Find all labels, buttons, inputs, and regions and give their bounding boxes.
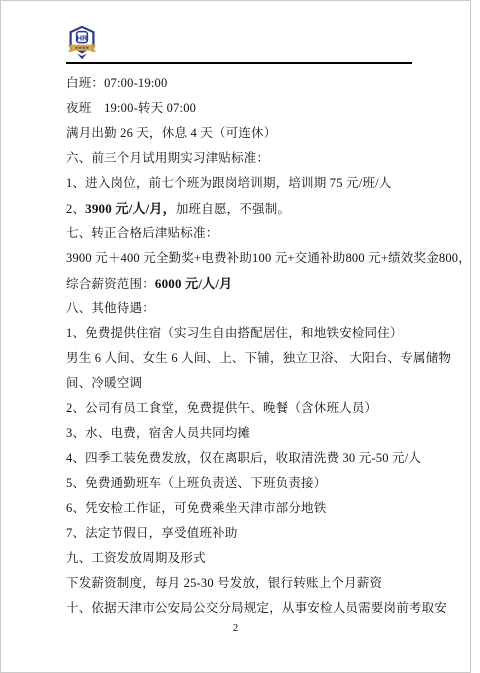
list-item-utilities: 3、水、电费，宿舍人员共同均摊 [66,421,440,446]
total-salary-amount: 6000 元/人/月 [155,276,232,291]
line-salary-range: 综合薪资范围：6000 元/人/月 [66,271,440,296]
heading-section-7: 七、转正合格后津贴标准： [66,221,440,246]
ribbon-band [72,45,92,51]
page-footer: 2 [1,619,470,637]
probation-salary-amount: 3900 元/人/月， [85,201,176,216]
line-dorm-details-2: 间、冷暖空调 [66,371,440,396]
shield-bottom-chevron [77,54,87,60]
list-item-canteen: 2、公司有员工食堂，免费提供午、晚餐（含休班人员） [66,396,440,421]
list-item-shuttle-bus: 5、免费通勤班车（上班负责送、下班负责接） [66,471,440,496]
list-item-probation-salary: 2、3900 元/人/月，加班自愿，不强制。 [66,196,440,221]
heading-section-6: 六、前三个月试用期实习津贴标准： [66,146,440,171]
hr-shield-logo-icon: HR [67,25,97,63]
list-item-free-metro: 6、凭安检工作证，可免费乘坐天津市部分地铁 [66,496,440,521]
line-salary-breakdown: 3900 元＋400 元全勤奖+电费补助100 元+交通补助800 元+绩效奖金… [66,246,440,271]
list-item-uniform: 4、四季工装免费发放，仅在离职后，收取清洗费 30 元-50 元/人 [66,446,440,471]
heading-section-10: 十、依据天津市公安局公交分局规定，从事安检人员需要岗前考取安 [66,596,440,621]
list-item-training-period: 1、进入岗位，前七个班为跟岗培训期，培训期 75 元/班/人 [66,171,440,196]
heading-section-8: 八、其他待遇： [66,296,440,321]
page-number: 2 [233,622,239,634]
line-dorm-details-1: 男生 6 人间、女生 6 人间、上、下铺，独立卫浴、 大阳台、专属储物 [66,346,440,371]
document-body: 白班：07:00-19:00 夜班 19:00-转天 07:00 满月出勤 26… [66,71,440,621]
header-divider [66,62,412,64]
logo-monogram: HR [77,33,88,42]
ribbon-glyph [82,47,85,49]
list-item-accommodation: 1、免费提供住宿（实习生自由搭配居住，和地铁安检同住） [66,321,440,346]
line-monthly-attendance: 满月出勤 26 天，休息 4 天（可连休） [66,121,440,146]
line-payroll-schedule: 下发薪资制度，每月 25-30 号发放，银行转账上个月薪资 [66,571,440,596]
list-item-holiday-allowance: 7、法定节假日，享受值班补助 [66,521,440,546]
document-page: HR 白班：07:00-19:00 夜班 19:00-转天 07:00 满月出勤… [0,0,471,673]
line-night-shift: 夜班 19:00-转天 07:00 [66,96,440,121]
heading-section-9: 九、工资发放周期及形式 [66,546,440,571]
ribbon-glyph [86,47,89,49]
ribbon-glyph [75,47,78,49]
line-day-shift: 白班：07:00-19:00 [66,71,440,96]
ribbon-glyph [79,47,82,49]
